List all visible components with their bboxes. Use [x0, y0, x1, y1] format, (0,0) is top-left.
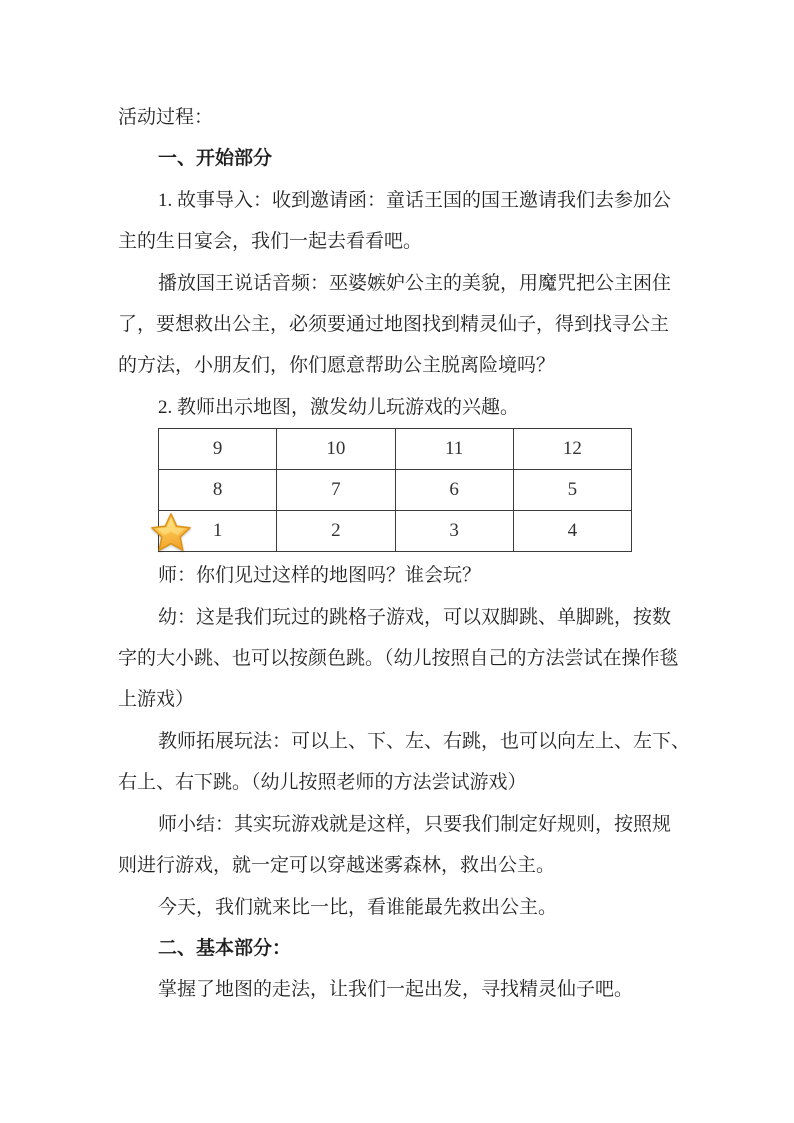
table-row: 8765 — [159, 470, 632, 511]
para-competition: 今天，我们就来比一比，看谁能最先救出公主。 — [118, 887, 678, 928]
grid-cell: 2 — [277, 511, 395, 552]
document-body: 活动过程：一、开始部分1. 故事导入：收到邀请函：童话王国的国王邀请我们去参加公… — [118, 97, 678, 1011]
grid-cell: 6 — [395, 470, 513, 511]
text-line: 活动过程： — [118, 97, 678, 138]
grid-cell: 4 — [513, 511, 631, 552]
para-set-off: 掌握了地图的走法，让我们一起出发，寻找精灵仙子吧。 — [118, 969, 678, 1010]
table-row: 1234 — [159, 511, 632, 552]
para-child-answer: 幼：这是我们玩过的跳格子游戏，可以双脚跳、单脚跳，按数字的大小跳、也可以按颜色跳… — [118, 597, 678, 721]
heading-section-two: 二、基本部分： — [118, 928, 678, 969]
grid-cell: 12 — [513, 429, 631, 470]
text-line: 幼：这是我们玩过的跳格子游戏，可以双脚跳、单脚跳，按数 — [118, 597, 678, 638]
document-page: 活动过程：一、开始部分1. 故事导入：收到邀请函：童话王国的国王邀请我们去参加公… — [0, 0, 794, 1123]
text-line: 一、开始部分 — [118, 138, 678, 179]
text-line: 二、基本部分： — [118, 928, 678, 969]
table-row: 9101112 — [159, 429, 632, 470]
text-line: 掌握了地图的走法，让我们一起出发，寻找精灵仙子吧。 — [118, 969, 678, 1010]
text-line: 的方法，小朋友们，你们愿意帮助公主脱离险境吗？ — [118, 345, 678, 386]
grid-cell: 1 — [159, 511, 277, 552]
text-line: 播放国王说话音频：巫婆嫉妒公主的美貌，用魔咒把公主困住 — [118, 263, 678, 304]
para-story-lead-in: 1. 故事导入：收到邀请函：童话王国的国王邀请我们去参加公主的生日宴会，我们一起… — [118, 180, 678, 263]
text-line: 上游戏） — [118, 679, 678, 720]
grid-cell: 10 — [277, 429, 395, 470]
text-line: 1. 故事导入：收到邀请函：童话王国的国王邀请我们去参加公 — [118, 180, 678, 221]
text-line: 师：你们见过这样的地图吗？谁会玩？ — [118, 555, 678, 596]
para-show-map: 2. 教师出示地图，激发幼儿玩游戏的兴趣。 — [118, 387, 678, 428]
grid-cell: 8 — [159, 470, 277, 511]
para-teacher-extension: 教师拓展玩法：可以上、下、左、右跳，也可以向左上、左下、右上、右下跳。（幼儿按照… — [118, 721, 678, 804]
grid-cell: 11 — [395, 429, 513, 470]
text-line: 师小结：其实玩游戏就是这样，只要我们制定好规则，按照规 — [118, 804, 678, 845]
text-line: 今天，我们就来比一比，看谁能最先救出公主。 — [118, 887, 678, 928]
text-line: 右上、右下跳。（幼儿按照老师的方法尝试游戏） — [118, 762, 678, 803]
text-line: 主的生日宴会，我们一起去看看吧。 — [118, 221, 678, 262]
hopscotch-number-grid: 910111287651234 — [158, 428, 632, 552]
grid-cell: 9 — [159, 429, 277, 470]
text-line: 教师拓展玩法：可以上、下、左、右跳，也可以向左上、左下、 — [118, 721, 678, 762]
heading-section-one: 一、开始部分 — [118, 138, 678, 179]
hopscotch-map: 910111287651234 — [158, 428, 632, 552]
text-line: 字的大小跳、也可以按颜色跳。（幼儿按照自己的方法尝试在操作毯 — [118, 638, 678, 679]
text-line: 2. 教师出示地图，激发幼儿玩游戏的兴趣。 — [118, 387, 678, 428]
para-teacher-question: 师：你们见过这样的地图吗？谁会玩？ — [118, 555, 678, 596]
para-teacher-summary: 师小结：其实玩游戏就是这样，只要我们制定好规则，按照规则进行游戏，就一定可以穿越… — [118, 804, 678, 887]
grid-cell: 3 — [395, 511, 513, 552]
grid-cell: 7 — [277, 470, 395, 511]
para-activity-process-label: 活动过程： — [118, 97, 678, 138]
grid-cell: 5 — [513, 470, 631, 511]
text-line: 了，要想救出公主，必须要通过地图找到精灵仙子，得到找寻公主 — [118, 304, 678, 345]
text-line: 则进行游戏，就一定可以穿越迷雾森林，救出公主。 — [118, 845, 678, 886]
para-king-audio: 播放国王说话音频：巫婆嫉妒公主的美貌，用魔咒把公主困住了，要想救出公主，必须要通… — [118, 263, 678, 387]
